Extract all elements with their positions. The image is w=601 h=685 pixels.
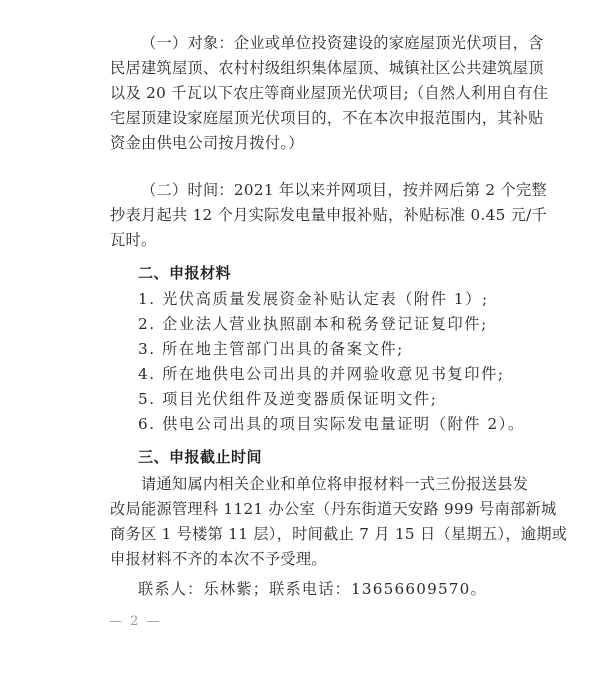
paragraph-line: 商务区 1 号楼第 11 层），时间截止 7 月 15 日（星期五），逾期或: [110, 523, 499, 545]
paragraph-line: 请通知属内相关企业和单位将申报材料一式三份报送县发: [141, 473, 499, 495]
paragraph-line: 民居建筑屋顶、农村村级组织集体屋顶、城镇社区公共建筑屋顶: [110, 57, 499, 79]
paragraph-line: 宅屋顶建设家庭屋顶光伏项目的，不在本次申报范围内，其补贴: [110, 107, 499, 129]
list-item: 6. 供电公司出具的项目实际发电量证明（附件 2）。: [138, 413, 525, 435]
paragraph-line: （一）对象：企业或单位投资建设的家庭屋顶光伏项目，含: [141, 32, 499, 54]
document-page: （一）对象：企业或单位投资建设的家庭屋顶光伏项目，含 民居建筑屋顶、农村村级组织…: [0, 0, 601, 685]
paragraph-line: 瓦时。: [110, 229, 499, 251]
list-item: 1. 光伏高质量发展资金补贴认定表（附件 1）;: [138, 288, 489, 310]
page-number: — 2 —: [109, 612, 162, 632]
section-heading-materials: 二、申报材料: [138, 262, 231, 284]
contact-info: 联系人：乐林紫；联系电话：13656609570。: [138, 578, 487, 600]
paragraph-line: 以及 20 千瓦以下农庄等商业屋顶光伏项目;（自然人利用自有住: [110, 82, 499, 104]
section-heading-deadline: 三、申报截止时间: [138, 446, 262, 468]
list-item: 2. 企业法人营业执照副本和税务登记证复印件;: [138, 313, 488, 335]
paragraph-line: 改局能源管理科 1121 办公室（丹东街道天安路 999 号南部新城: [110, 498, 499, 520]
list-item: 4. 所在地供电公司出具的并网验收意见书复印件;: [138, 363, 505, 385]
list-item: 5. 项目光伏组件及逆变器质保证明文件;: [138, 388, 437, 410]
paragraph-line: （二）时间：2021 年以来并网项目，按并网后第 2 个完整: [141, 179, 499, 201]
list-item: 3. 所在地主管部门出具的备案文件;: [138, 338, 404, 360]
paragraph-line: 资金由供电公司按月拨付。）: [110, 132, 499, 154]
paragraph-line: 抄表月起共 12 个月实际发电量申报补贴，补贴标准 0.45 元/千: [110, 204, 499, 226]
paragraph-line: 申报材料不齐的本次不予受理。: [110, 548, 499, 570]
